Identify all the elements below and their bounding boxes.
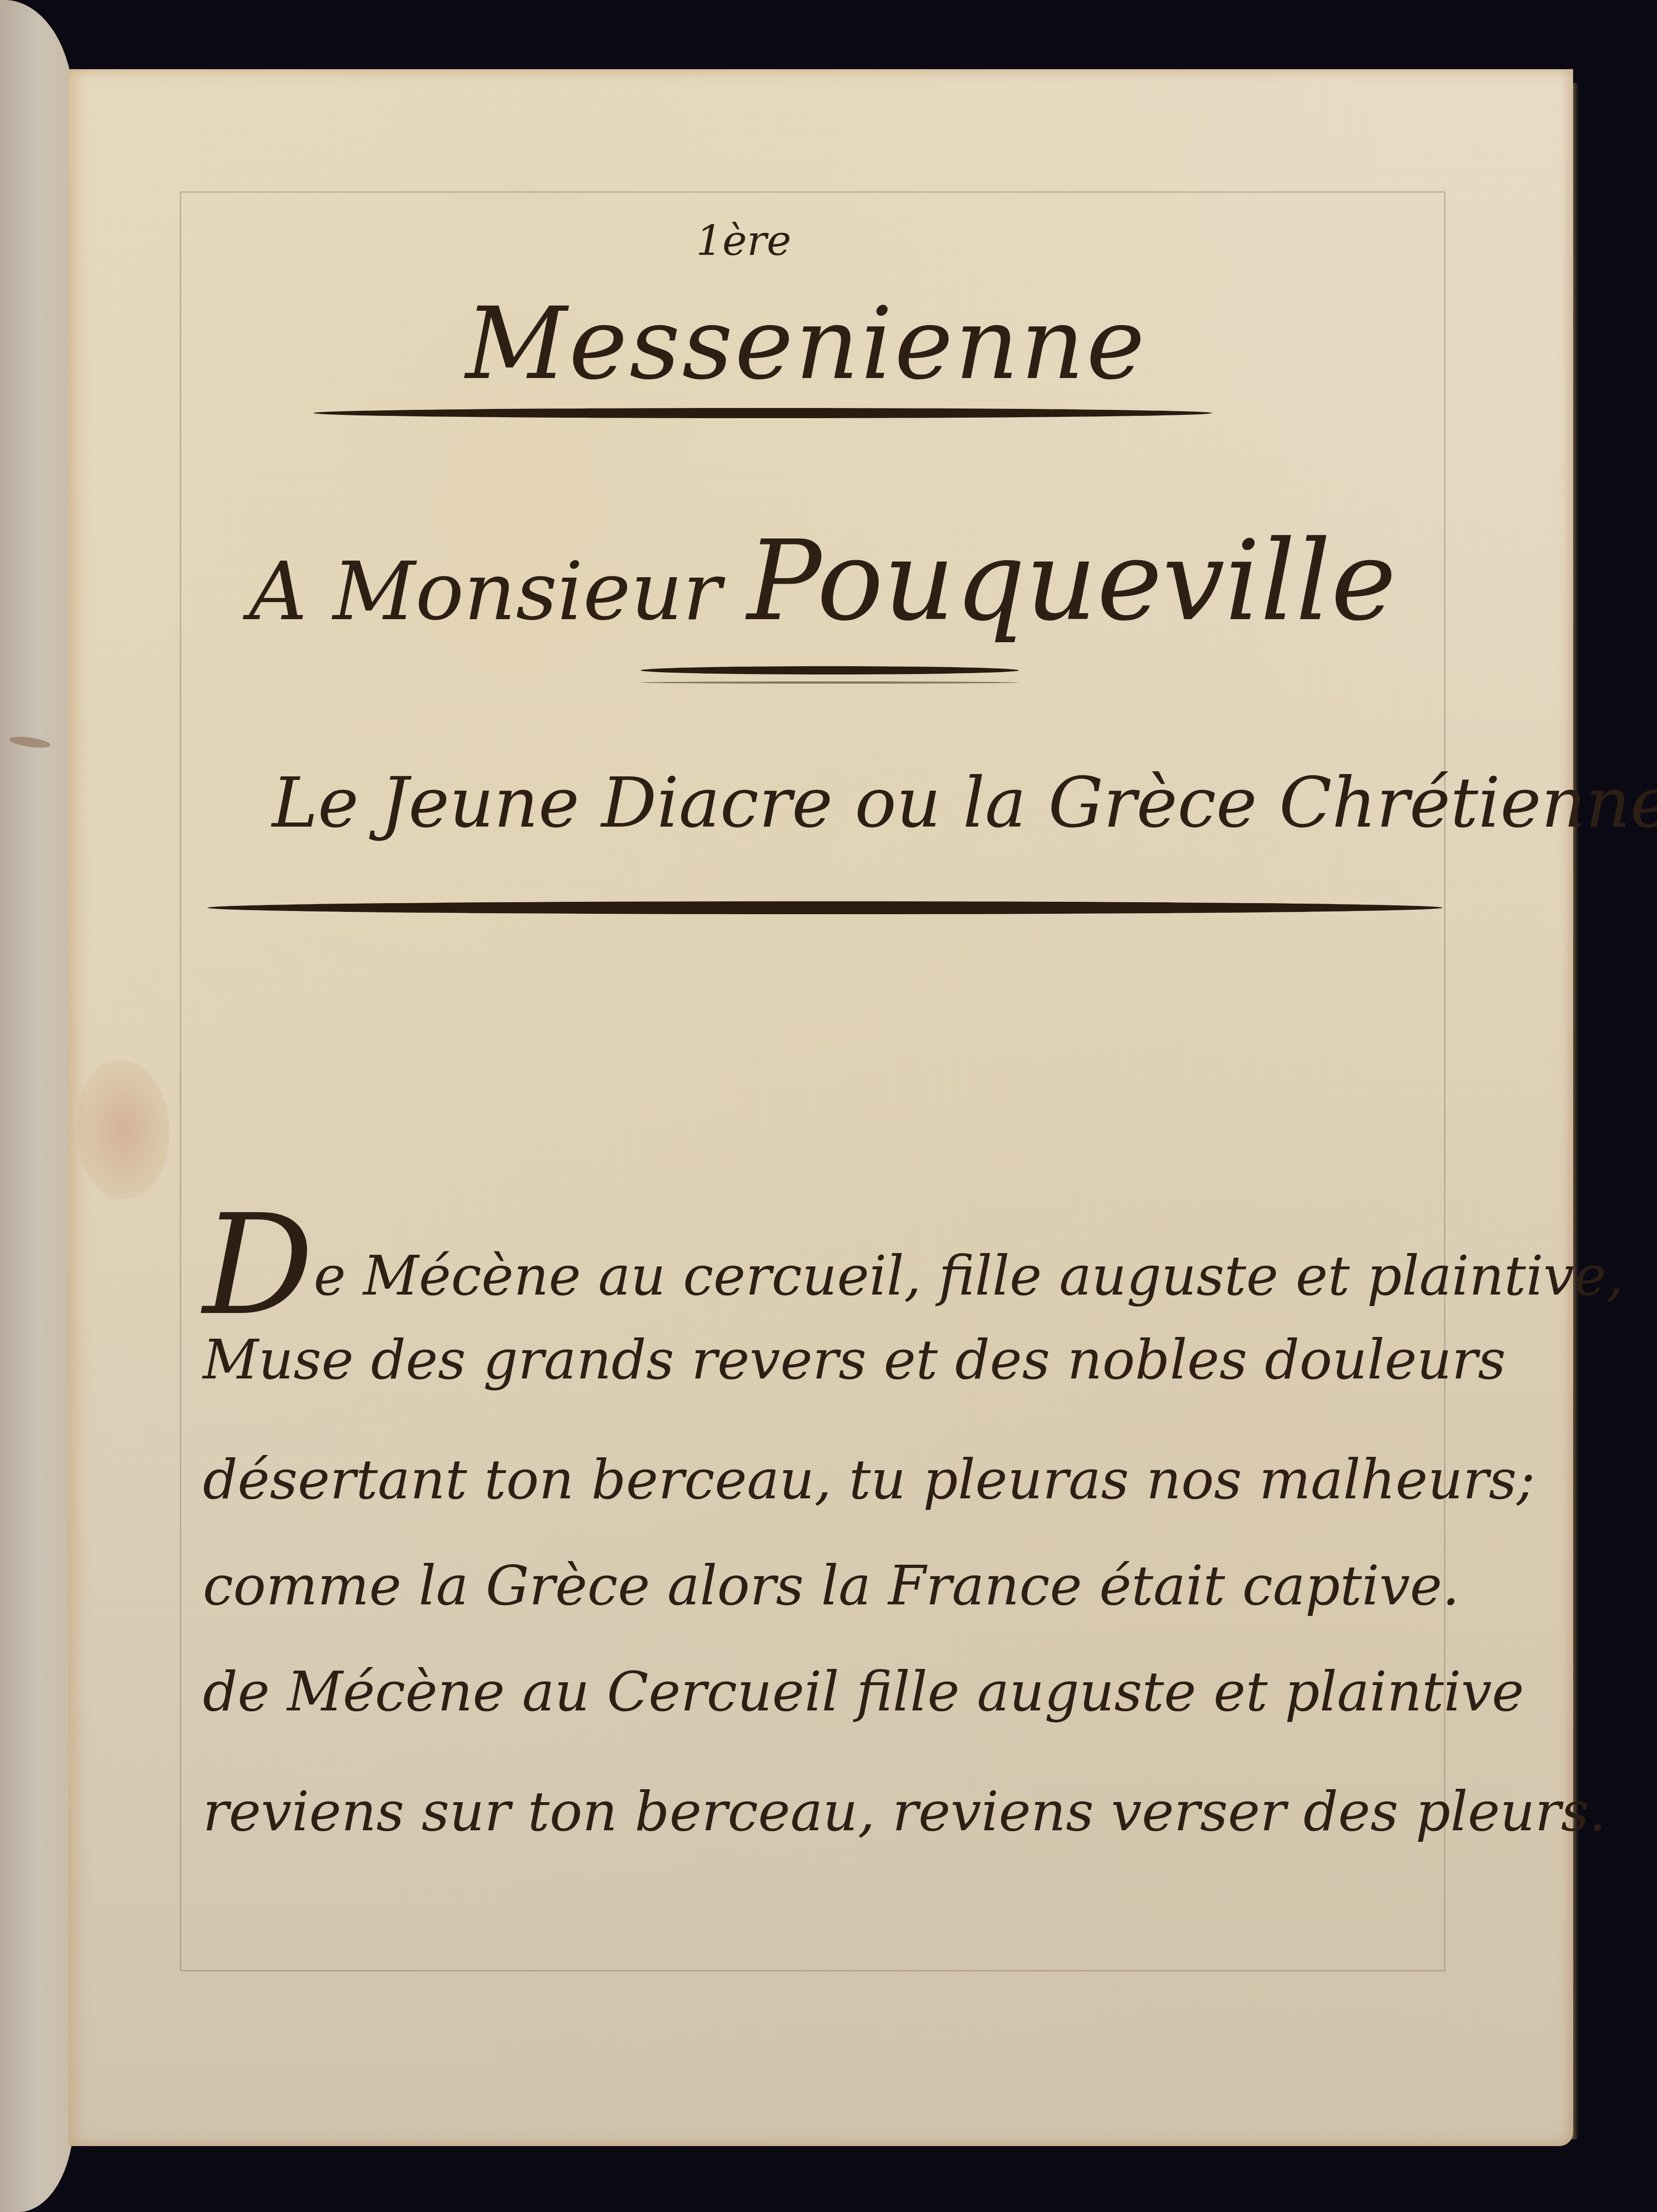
dedication: A Monsieur Pouqueville — [249, 516, 1397, 645]
water-stain — [77, 1060, 170, 1199]
verse-line: désertant ton berceau, tu pleuras nos ma… — [203, 1448, 1535, 1511]
dedication-prefix: A Monsieur — [249, 545, 721, 639]
verse-line: reviens sur ton berceau, reviens verser … — [203, 1780, 1606, 1843]
adjacent-left-page — [0, 0, 74, 2212]
ordinal-superscript: 1ère — [696, 217, 791, 265]
subtitle-underline — [207, 901, 1443, 914]
ink-smudge — [9, 735, 51, 750]
page-title: Messenienne — [466, 286, 1147, 402]
dedication-underline — [641, 666, 1019, 674]
verse-line: de Mécène au Cercueil fille auguste et p… — [203, 1660, 1524, 1723]
verse-line: De Mécène au cercueil, fille auguste et … — [203, 1185, 1623, 1346]
drop-capital: D — [203, 1185, 314, 1346]
dedication-underline-thin — [641, 681, 1019, 684]
verse-text: e Mécène au cercueil, fille auguste et p… — [314, 1244, 1624, 1307]
subtitle: Le Jeune Diacre ou la Grèce Chrétienne — [272, 763, 1657, 843]
verse-line: Muse des grands revers et des nobles dou… — [203, 1328, 1506, 1391]
title-underline — [313, 408, 1212, 418]
verse-line: comme la Grèce alors la France était cap… — [203, 1554, 1459, 1617]
dedicatee-name: Pouqueville — [747, 516, 1397, 645]
